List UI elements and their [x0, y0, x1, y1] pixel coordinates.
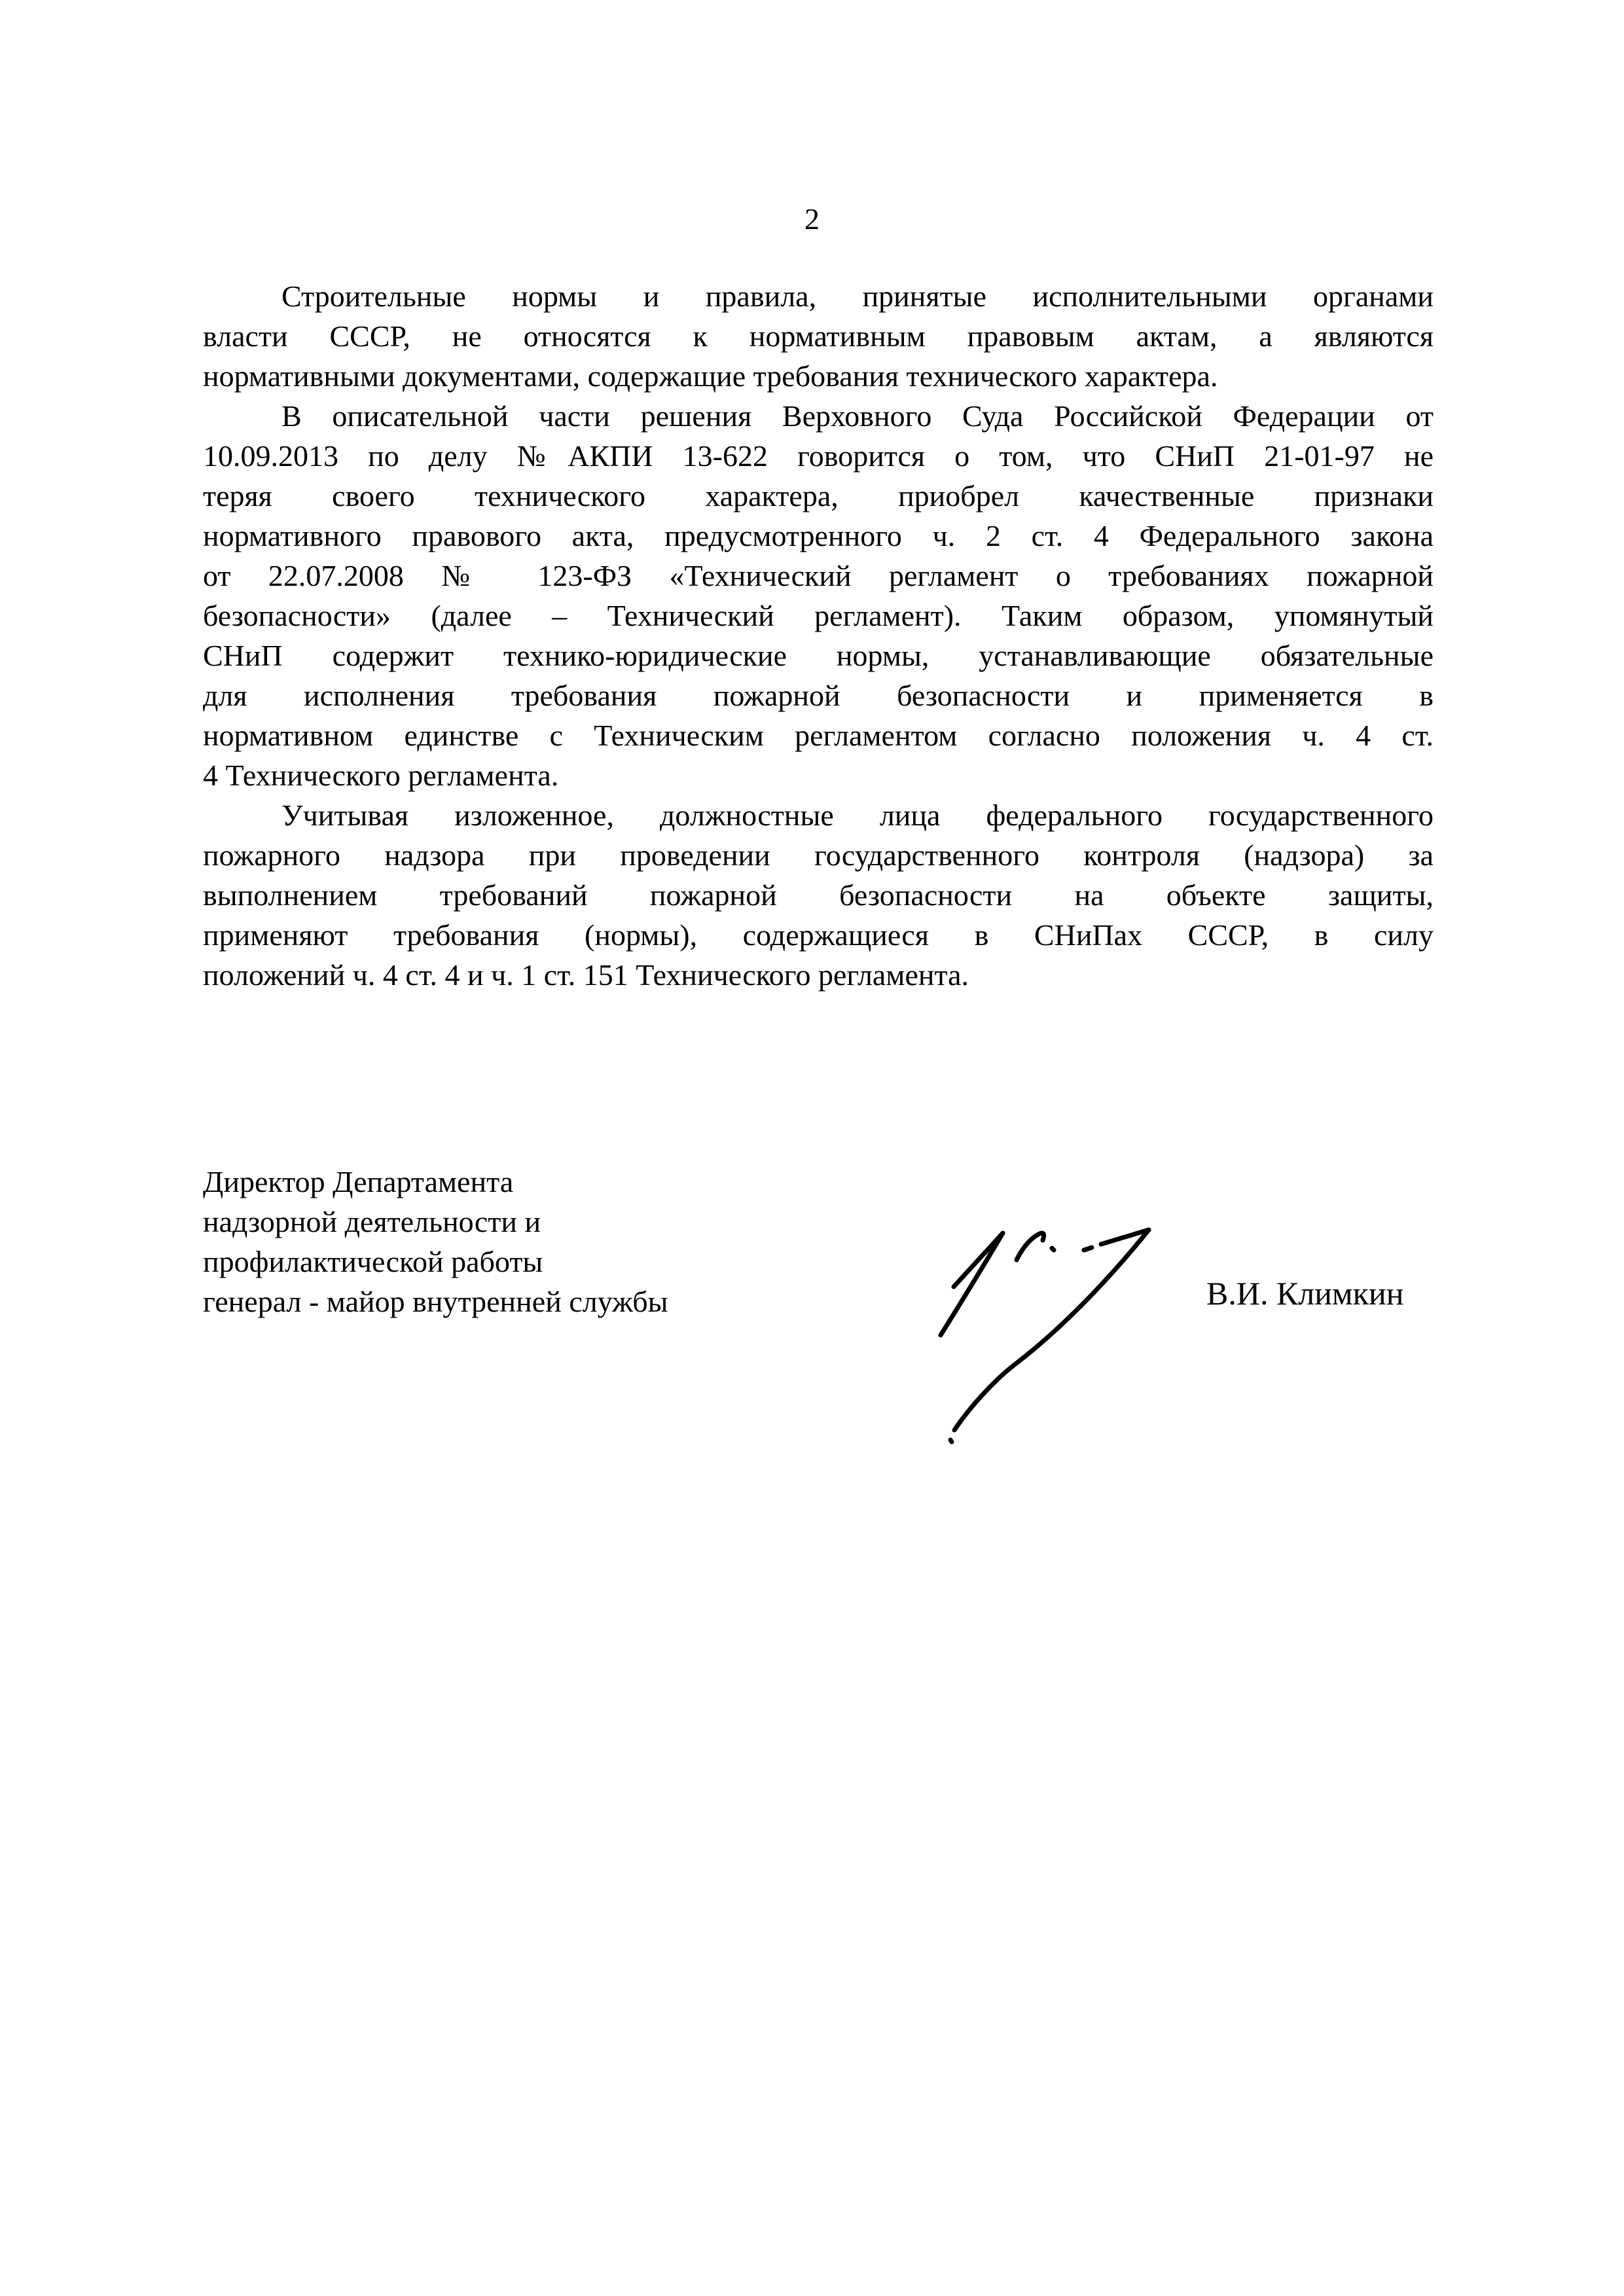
text-line: пожарного надзора при проведении государ…: [203, 835, 1434, 875]
handwritten-signature: [923, 1214, 1172, 1463]
text-line: Директор Департамента: [203, 1162, 792, 1202]
document-body: Строительные нормы и правила, принятые и…: [203, 276, 1434, 995]
text-line: 10.09.2013 по делу №АКПИ 13-622 говоритс…: [203, 436, 1434, 476]
text-line: власти СССР, не относятся к нормативным …: [203, 316, 1434, 356]
text-line: профилактической работы: [203, 1242, 792, 1282]
page-number: 2: [0, 199, 1624, 239]
text-line: нормативного правового акта, предусмотре…: [203, 516, 1434, 556]
text-line: 4 Технического регламента.: [203, 755, 1434, 795]
text-line: теряя своего технического характера, при…: [203, 476, 1434, 516]
paragraph: Строительные нормы и правила, принятые и…: [203, 276, 1434, 396]
text-line: СНиП содержит технико-юридические нормы,…: [203, 636, 1434, 675]
text-line: нормативными документами, содержащие тре…: [203, 356, 1434, 396]
document-page: 2 Строительные нормы и правила, принятые…: [0, 0, 1624, 2296]
paragraph: В описательной части решения Верховного …: [203, 396, 1434, 795]
signatory-name: В.И. Климкин: [1206, 1274, 1403, 1314]
text-line: В описательной части решения Верховного …: [203, 396, 1434, 436]
text-line: безопасности» (далее – Технический регла…: [203, 596, 1434, 636]
text-line: Учитывая изложенное, должностные лица фе…: [203, 795, 1434, 835]
text-line: генерал - майор внутренней службы: [203, 1282, 792, 1321]
text-line: надзорной деятельности и: [203, 1202, 792, 1242]
text-line: применяют требования (нормы), содержащие…: [203, 915, 1434, 955]
text-line: положений ч. 4 ст. 4 и ч. 1 ст. 151 Техн…: [203, 955, 1434, 995]
text-line: для исполнения требования пожарной безоп…: [203, 675, 1434, 715]
paragraph: Учитывая изложенное, должностные лица фе…: [203, 795, 1434, 995]
text-line: выполнением требований пожарной безопасн…: [203, 875, 1434, 915]
text-line: от 22.07.2008 № 123-ФЗ «Технический регл…: [203, 556, 1434, 596]
signature-title-block: Директор Департаментанадзорной деятельно…: [203, 1162, 792, 1321]
text-line: Строительные нормы и правила, принятые и…: [203, 276, 1434, 316]
text-line: нормативном единстве с Техническим регла…: [203, 715, 1434, 755]
